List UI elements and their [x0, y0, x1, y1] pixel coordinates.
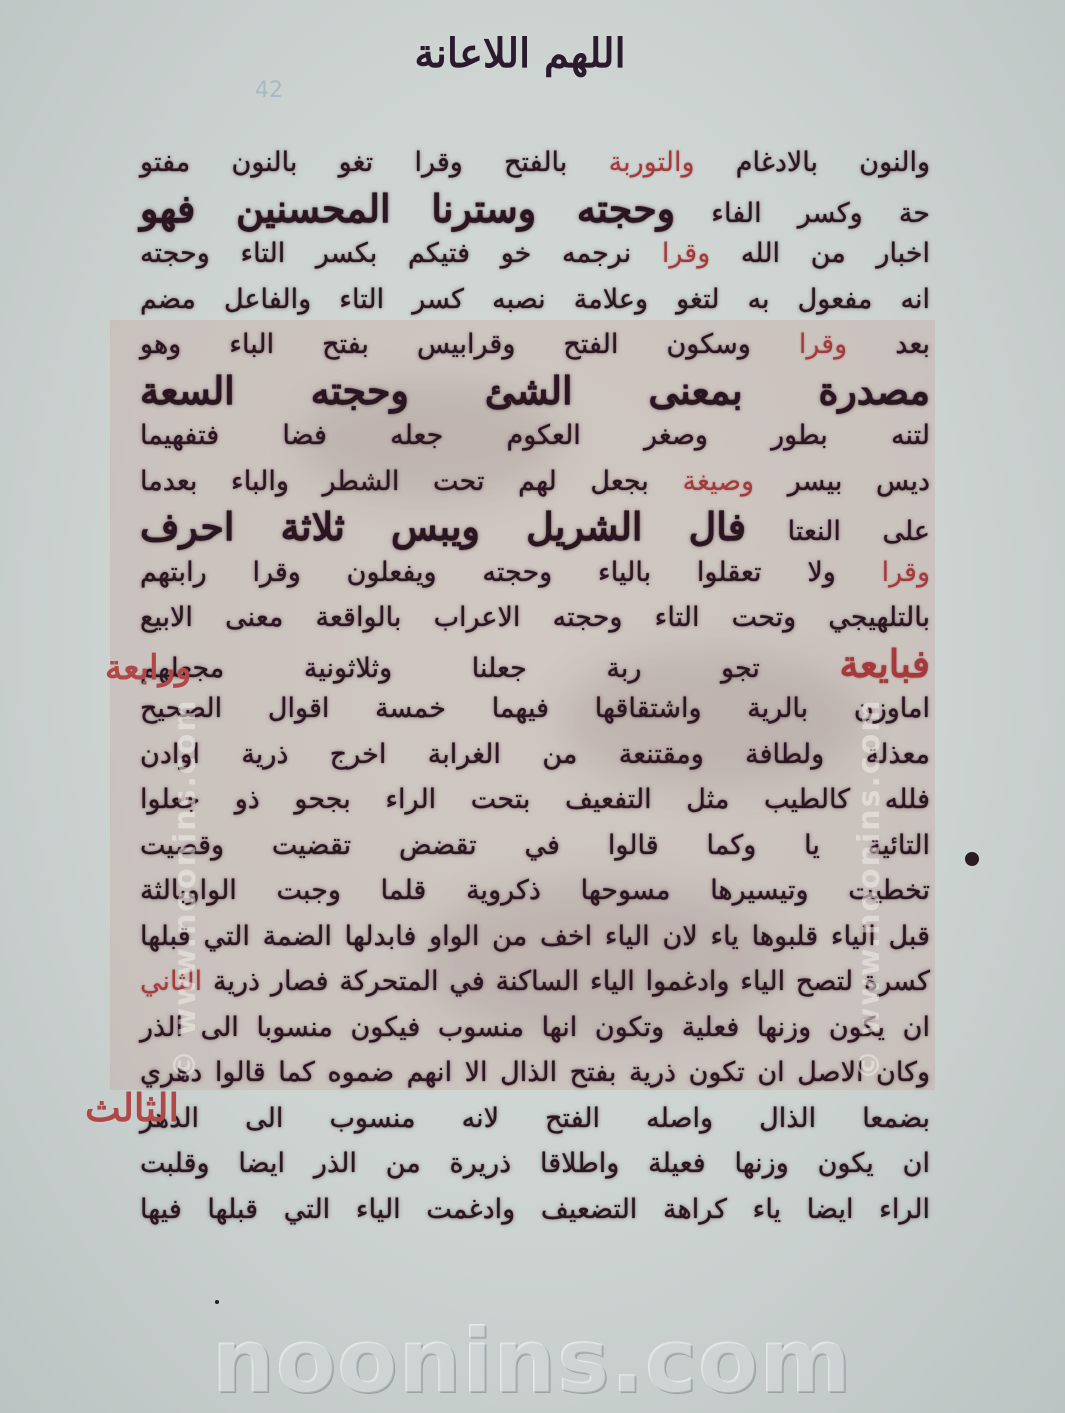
text-line: بعد وقرا وسكون الفتح وقرابيس بفتح الباء … [140, 322, 930, 368]
margin-rubric-fourth: ورابعة [105, 648, 191, 688]
ink-speck [215, 1300, 219, 1304]
text-line: والنون بالادغام والتوربة بالفتح وقرا تغو… [140, 140, 930, 186]
rubric-word: والتوربة [609, 147, 695, 178]
folio-number: 42 [255, 78, 283, 103]
rubric-word: وقرا [882, 557, 930, 588]
manuscript-text-block: والنون بالادغام والتوربة بالفتح وقرا تغو… [140, 140, 930, 1232]
text-line: حة وكسر الفاء وحجته وسترنا المحسنين فهو [140, 186, 930, 232]
rubric-word: وقرا [662, 238, 710, 269]
text-line: فلله كالطيب مثل التفعيف بتحت الراء بجحو … [140, 777, 930, 823]
text-line: التائية يا وكما قالوا في تقضض تقضيت وقصي… [140, 823, 930, 869]
margin-rubric-third: الثالث [85, 1085, 179, 1130]
footer-watermark: noonins.com [200, 1310, 865, 1413]
text-line: ان يكون وزنها فعلية وتكون انها منسوب فيك… [140, 1005, 930, 1051]
text-line: اخبار من الله وقرا نرجمه خو فتيكم بكسر ا… [140, 231, 930, 277]
ink-blot [965, 852, 979, 866]
text-line: فبايعة تجو ربة جعلنا وثلاثونية مجعلهم [140, 641, 930, 687]
text-line: بضمعا الذال واصله الفتح لانه منسوب الى ا… [140, 1096, 930, 1142]
text-line: ديس بيسر وصيغة بجعل لهم تحت الشطر والباء… [140, 459, 930, 505]
invocation-heading: اللهم اللاعانة [340, 30, 700, 77]
text-line: لتنه بطور وصغر العكوم جعله فضا فتفهيما [140, 413, 930, 459]
text-line: انه مفعول به لتغو وعلامة نصبه كسر التاء … [140, 277, 930, 323]
rubric-word: فبايعة [840, 641, 931, 686]
manuscript-page: 42 اللهم اللاعانة والنون بالادغام والتور… [0, 0, 1065, 1413]
text-line: على النعتا فال الشريل ويبس ثلاثة احرف [140, 504, 930, 550]
text-line: الراء ايضا ياء كراهة التضعيف وادغمت اليا… [140, 1187, 930, 1233]
vertical-watermark-right: © www.noonins.com [852, 698, 887, 1080]
vertical-watermark-left: © www.noonins.com [168, 698, 203, 1080]
text-line: بالتلهيجي وتحت التاء وحجته الاعراب بالوا… [140, 595, 930, 641]
text-line: وقرا ولا تعقلوا بالياء وحجته ويفعلون وقر… [140, 550, 930, 596]
text-line: قبل الياء قلبوها ياء لان الياء اخف من ال… [140, 914, 930, 960]
text-line: ان يكون وزنها فعيلة واطلاقا ذريرة من الذ… [140, 1141, 930, 1187]
text-line: معذلة ولطافة ومقتنعة من الغرابة اخرج ذري… [140, 732, 930, 778]
rubric-word: وقرا [799, 329, 847, 360]
text-line: وكان الاصل ان تكون ذرية بفتح الذال الا ا… [140, 1050, 930, 1096]
text-line: مصدرة بمعنى الشئ وحجته السعة [140, 368, 930, 414]
text-line: تخطيت وتيسيرها مسوحها ذكروية قلما وجبت ا… [140, 868, 930, 914]
text-line: كسرة لتصح الياء وادغموا الياء الساكنة في… [140, 959, 930, 1005]
rubric-word: وصيغة [682, 466, 754, 497]
text-line: اماوزن بالرية واشتقاقها فيهما خمسة اقوال… [140, 686, 930, 732]
